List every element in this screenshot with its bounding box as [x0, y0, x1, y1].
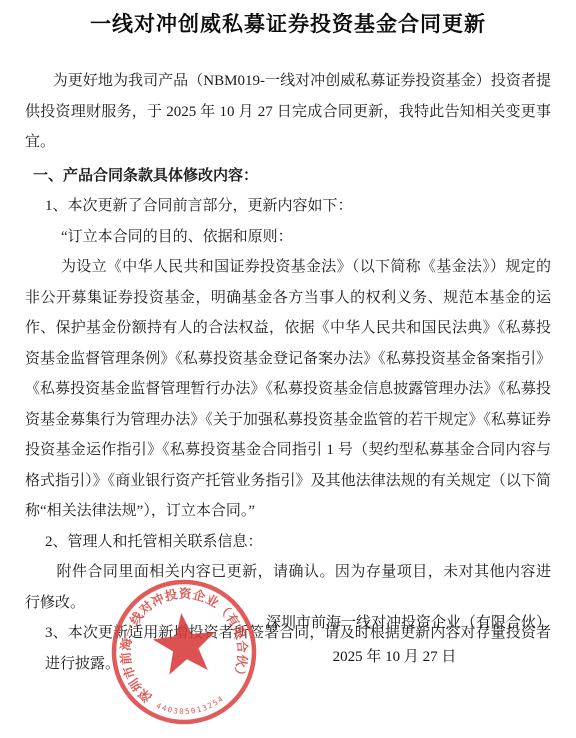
- document-page: 一线对冲创威私募证券投资基金合同更新 为更好地为我司产品（NBM019-一线对冲…: [0, 0, 576, 738]
- signature-block: 深圳市前海一线对冲投资企业（有限合伙） 2025 年 10 月 27 日: [266, 612, 551, 669]
- document-body: 为更好地为我司产品（NBM019-一线对冲创威私募证券投资基金）投资者提供投资理…: [0, 66, 576, 679]
- quote-opening-line: “订立本合同的目的、依据和原则：: [25, 222, 551, 253]
- section-heading: 一、产品合同条款具体修改内容：: [33, 161, 551, 192]
- attachment-note: 附件合同里面相关内容已更新，请确认。因为存量项目，未对其他内容进行修改。: [25, 557, 551, 618]
- signature-company-name: 深圳市前海一线对冲投资企业（有限合伙）: [266, 612, 551, 635]
- legal-basis-paragraph: 为设立《中华人民共和国证券投资基金法》（以下简称《基金法》）规定的非公开募集证券…: [25, 252, 551, 527]
- paragraph-intro: 为更好地为我司产品（NBM019-一线对冲创威私募证券投资基金）投资者提供投资理…: [25, 66, 551, 158]
- list-item-2: 2、管理人和托管相关联系信息：: [45, 527, 551, 558]
- signature-date: 2025 年 10 月 27 日: [266, 646, 551, 669]
- document-title: 一线对冲创威私募证券投资基金合同更新: [0, 9, 576, 41]
- list-item-1: 1、本次更新了合同前言部分，更新内容如下：: [45, 191, 551, 222]
